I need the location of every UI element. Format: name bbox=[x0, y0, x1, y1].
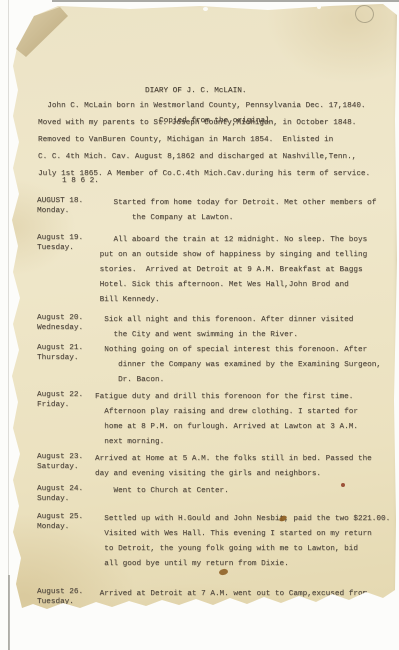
entry-date: August 24. bbox=[37, 484, 95, 494]
typed-line: Bill Kennedy. bbox=[95, 293, 367, 308]
year-heading: 1 8 6 2. bbox=[62, 177, 99, 185]
scanner-edge-line bbox=[8, 575, 10, 650]
typed-line: day and evening visiting the girls and n… bbox=[95, 467, 372, 482]
typed-line: Nothing going on of special interest thi… bbox=[95, 343, 381, 358]
diary-entry: August 26.Tuesday. Arrived at Detroit at… bbox=[37, 587, 387, 607]
diary-entry: August 25.Monday. Settled up with H.Goul… bbox=[37, 512, 387, 572]
diary-entry: August 23.Saturday.Arrived at Home at 5 … bbox=[37, 452, 387, 482]
typed-line: the Company at Lawton. bbox=[95, 211, 376, 226]
entry-date: August 26. bbox=[37, 587, 95, 597]
entry-text: Arrived at Home at 5 A.M. the folks stil… bbox=[95, 452, 372, 482]
entry-text: Went to Church at Center. bbox=[95, 484, 229, 499]
entry-date-label: August 24.Sunday. bbox=[37, 484, 95, 504]
entry-text: Settled up with H.Gould and John Nesbit,… bbox=[95, 512, 390, 572]
paper-hole-speck bbox=[317, 5, 321, 9]
entry-date: August 23. bbox=[37, 452, 95, 462]
typed-line: stories. Arrived at Detroit at 9 A.M. Br… bbox=[95, 263, 367, 278]
entry-date-label: August 20.Wednesday. bbox=[37, 313, 95, 333]
typed-line: next morning. bbox=[95, 435, 358, 450]
typed-line: Moved with my parents to St. Joseph Coun… bbox=[38, 115, 370, 132]
entry-day: Tuesday. bbox=[37, 597, 95, 607]
scanned-diary-page: DIARY OF J. C. McLAIN. Copied from the o… bbox=[0, 0, 399, 650]
intro-paragraph: John C. McLain born in Westmorland Count… bbox=[38, 98, 370, 183]
typed-line: Arrived at Home at 5 A.M. the folks stil… bbox=[95, 452, 372, 467]
typed-line: Settled up with H.Gould and John Nesbit,… bbox=[95, 512, 390, 527]
entry-date-label: August 26.Tuesday. bbox=[37, 587, 95, 607]
typed-line: Dr. Bacon. bbox=[95, 373, 381, 388]
typed-line: Fatigue duty and drill this forenoon for… bbox=[95, 390, 358, 405]
typed-line: Hotel. Sick this afternoon. Met Wes Hall… bbox=[95, 278, 367, 293]
entry-date-label: August 21.Thursday. bbox=[37, 343, 95, 363]
typed-line: dinner the Company was examined by the E… bbox=[95, 358, 381, 373]
entry-date-label: August 25.Monday. bbox=[37, 512, 95, 532]
typed-line: to Detroit, the young folk going with me… bbox=[95, 542, 390, 557]
entry-day: Monday. bbox=[37, 206, 95, 216]
entry-date: August 19. bbox=[37, 233, 95, 243]
entry-date: August 25. bbox=[37, 512, 95, 522]
typed-line: put on an outside show of happiness by s… bbox=[95, 248, 367, 263]
typed-line: Visited with Wes Hall. This evening I st… bbox=[95, 527, 390, 542]
entry-date-label: AUGUST 18.Monday. bbox=[37, 196, 95, 216]
entry-date: AUGUST 18. bbox=[37, 196, 95, 206]
scanner-edge-line bbox=[8, 0, 9, 650]
entry-date-label: August 22.Friday. bbox=[37, 390, 95, 410]
entry-day: Saturday. bbox=[37, 462, 95, 472]
scanner-edge-line bbox=[52, 0, 399, 2]
entry-day: Thursday. bbox=[37, 353, 95, 363]
entry-day: Sunday. bbox=[37, 494, 95, 504]
typed-line: all good bye until my return from Dixie. bbox=[95, 557, 390, 572]
typed-line: the City and went swimming in the River. bbox=[95, 328, 353, 343]
entry-day: Friday. bbox=[37, 400, 95, 410]
typed-line: John C. McLain born in Westmorland Count… bbox=[38, 98, 370, 115]
typed-line: home at 8 P.M. on furlough. Arrived at L… bbox=[95, 420, 358, 435]
diary-entry: August 21.Thursday. Nothing going on of … bbox=[37, 343, 387, 388]
diary-entry: August 20.Wednesday. Sick all night and … bbox=[37, 313, 387, 343]
diary-entry: August 24.Sunday. Went to Church at Cent… bbox=[37, 484, 387, 504]
entry-date: August 20. bbox=[37, 313, 95, 323]
entry-date: August 22. bbox=[37, 390, 95, 400]
typed-content: DIARY OF J. C. McLAIN. Copied from the o… bbox=[0, 0, 399, 650]
typed-line: Afternoon play raising and drew clothing… bbox=[95, 405, 358, 420]
diary-entry: August 22.Friday.Fatigue duty and drill … bbox=[37, 390, 387, 450]
entry-text: All aboard the train at 12 midnight. No … bbox=[95, 233, 367, 308]
typed-line: Removed to VanBuren County, Michigan in … bbox=[38, 132, 370, 149]
typed-line: C. C. 4th Mich. Cav. August 8,1862 and d… bbox=[38, 149, 370, 166]
entry-day: Monday. bbox=[37, 522, 95, 532]
entry-text: Fatigue duty and drill this forenoon for… bbox=[95, 390, 358, 450]
diary-entry: AUGUST 18.Monday. Started from home toda… bbox=[37, 196, 387, 226]
typed-line: Went to Church at Center. bbox=[95, 484, 229, 499]
entry-date-label: August 19.Tuesday. bbox=[37, 233, 95, 253]
ink-stain bbox=[341, 483, 345, 487]
diary-entry: August 19.Tuesday. All aboard the train … bbox=[37, 233, 387, 308]
entry-text: Sick all night and this forenoon. After … bbox=[95, 313, 353, 343]
entry-date-label: August 23.Saturday. bbox=[37, 452, 95, 472]
entry-text: Nothing going on of special interest thi… bbox=[95, 343, 381, 388]
page-title: DIARY OF J. C. McLAIN. bbox=[145, 86, 274, 96]
typed-line: Started from home today for Detroit. Met… bbox=[95, 196, 376, 211]
entry-day: Tuesday. bbox=[37, 243, 95, 253]
typed-line: Arrived at Detroit at 7 A.M. went out to… bbox=[95, 587, 367, 602]
entry-date: August 21. bbox=[37, 343, 95, 353]
typed-line: Sick all night and this forenoon. After … bbox=[95, 313, 353, 328]
entry-text: Started from home today for Detroit. Met… bbox=[95, 196, 376, 226]
typed-line: All aboard the train at 12 midnight. No … bbox=[95, 233, 367, 248]
paper-sheet: DIARY OF J. C. McLAIN. Copied from the o… bbox=[0, 0, 399, 650]
entry-day: Wednesday. bbox=[37, 323, 95, 333]
paper-hole-speck bbox=[203, 7, 208, 11]
entry-text: Arrived at Detroit at 7 A.M. went out to… bbox=[95, 587, 367, 602]
diary-entries: AUGUST 18.Monday. Started from home toda… bbox=[37, 196, 387, 607]
